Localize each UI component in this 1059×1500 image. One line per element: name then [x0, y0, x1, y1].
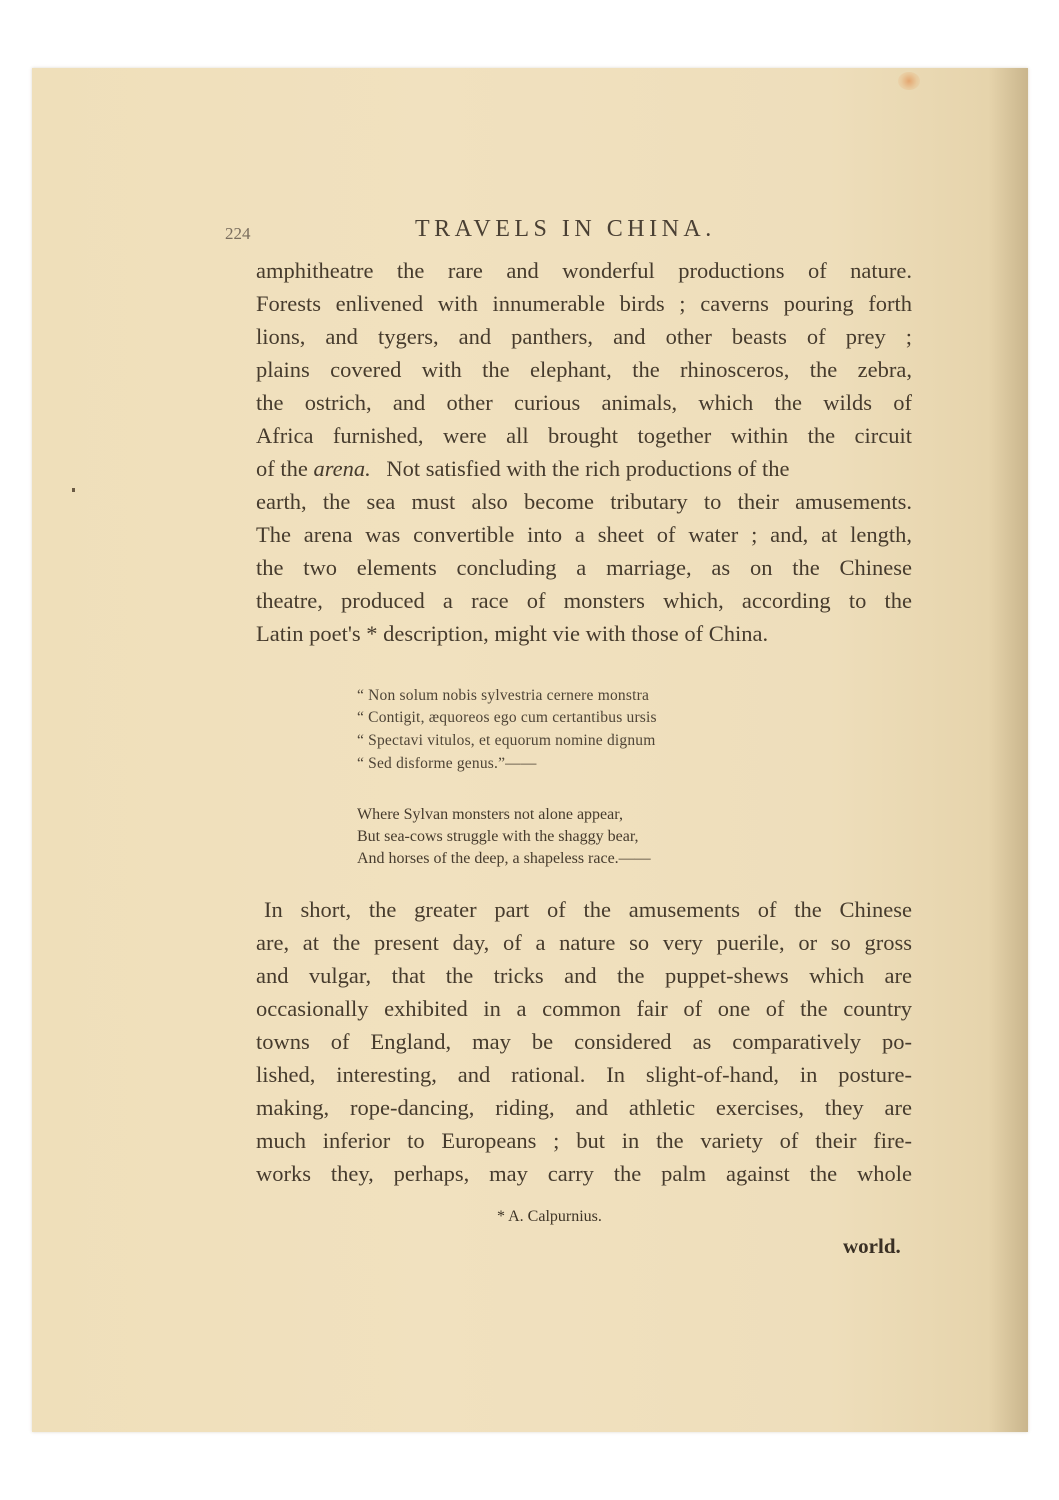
text-line: amphitheatre the rare and wonderful prod…: [256, 256, 912, 286]
running-title: TRAVELS IN CHINA.: [415, 216, 716, 243]
text-fragment: Not satisfied with the rich productions …: [386, 456, 789, 481]
text-line: of the arena. Not satisfied with the ric…: [256, 454, 912, 484]
text-line: The arena was convertible into a sheet o…: [256, 520, 912, 550]
text-line: plains covered with the elephant, the rh…: [256, 355, 912, 385]
text-line: the ostrich, and other curious animals, …: [256, 388, 912, 418]
verse-line: “ Non solum nobis sylvestria cernere mon…: [357, 686, 649, 706]
text-line: and vulgar, that the tricks and the pupp…: [256, 961, 912, 991]
text-line: lished, interesting, and rational. In sl…: [256, 1060, 912, 1090]
verse-line: “ Sed disforme genus.”——: [357, 754, 537, 774]
text-line: works they, perhaps, may carry the palm …: [256, 1159, 912, 1189]
text-line: making, rope-dancing, riding, and athlet…: [256, 1093, 912, 1123]
page-number: 224: [225, 224, 251, 244]
text-fragment: of the: [256, 456, 308, 481]
text-line: In short, the greater part of the amusem…: [264, 895, 912, 925]
verse-line: “ Spectavi vitulos, et equorum nomine di…: [357, 731, 656, 751]
verse-line: But sea-cows struggle with the shaggy be…: [357, 827, 639, 847]
paper-stain: [898, 72, 920, 90]
text-line: Forests enlivened with innumerable birds…: [256, 289, 912, 319]
text-line: theatre, produced a race of monsters whi…: [256, 586, 912, 616]
italic-word-arena: arena.: [313, 456, 370, 481]
catchword: world.: [843, 1234, 901, 1259]
verse-line: And horses of the deep, a shapeless race…: [357, 849, 651, 869]
text-line: are, at the present day, of a nature so …: [256, 928, 912, 958]
verse-line: Where Sylvan monsters not alone appear,: [357, 805, 623, 825]
page-header: 224 TRAVELS IN CHINA.: [225, 216, 915, 246]
text-line: occasionally exhibited in a common fair …: [256, 994, 912, 1024]
text-line: towns of England, may be considered as c…: [256, 1027, 912, 1057]
text-line: Africa furnished, were all brought toget…: [256, 421, 912, 451]
verse-line: “ Contigit, æquoreos ego cum certantibus…: [357, 708, 657, 728]
text-line: lions, and tygers, and panthers, and oth…: [256, 322, 912, 352]
text-line: the two elements concluding a marriage, …: [256, 553, 912, 583]
text-line: earth, the sea must also become tributar…: [256, 487, 912, 517]
footnote: * A. Calpurnius.: [497, 1208, 602, 1226]
ink-speck: [72, 488, 75, 492]
text-line: Latin poet's * description, might vie wi…: [256, 619, 912, 649]
text-line: much inferior to Europeans ; but in the …: [256, 1126, 912, 1156]
